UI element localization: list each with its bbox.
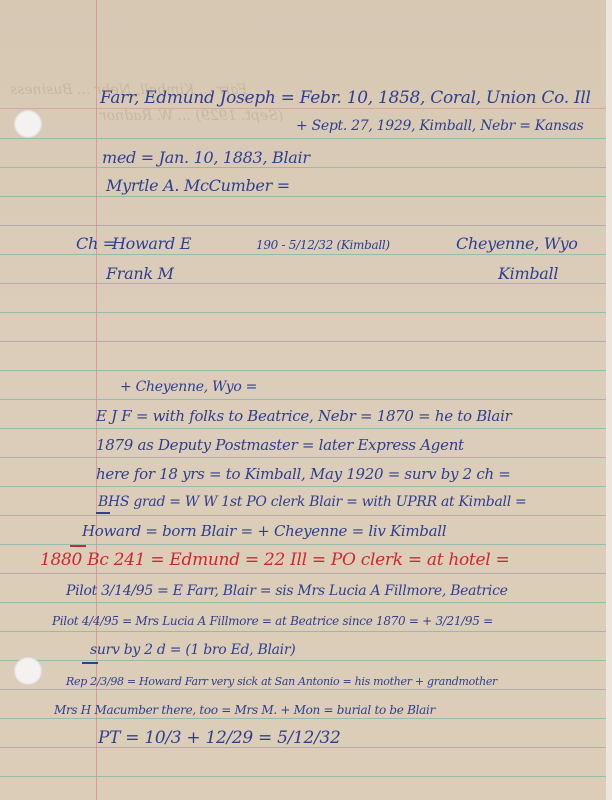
underline-mark: [70, 545, 86, 547]
bio-line: here for 18 yrs = to Kimball, May 1920 =…: [96, 465, 511, 483]
ruled-line: [0, 486, 606, 487]
child-name: Frank M: [106, 264, 174, 283]
ruled-line: [0, 515, 606, 516]
ruled-line: [0, 370, 606, 371]
ruled-line: [0, 167, 606, 168]
ruled-line: [0, 312, 606, 313]
ruled-line: [0, 225, 606, 226]
page-edge: [606, 0, 612, 800]
ruled-line: [0, 631, 606, 632]
census-line: 1880 Bc 241 = Edmund = 22 Ill = PO clerk…: [40, 550, 509, 570]
pilot-line: surv by 2 d = (1 bro Ed, Blair): [90, 642, 295, 658]
pilot-line: Pilot 4/4/95 = Mrs Lucia A Fillmore = at…: [52, 614, 493, 628]
notebook-page: Farr ... Kimball, Nebr ... Business (Sep…: [0, 0, 606, 800]
ruled-line: [0, 399, 606, 400]
ruled-line: [0, 196, 606, 197]
rep-line: Mrs H Macumber there, too = Mrs M. + Mon…: [54, 703, 435, 717]
spouse-line: Myrtle A. McCumber =: [106, 176, 290, 195]
ruled-line: [0, 689, 606, 690]
bio-line: BHS grad = W W 1st PO clerk Blair = with…: [98, 494, 526, 510]
rep-line: Rep 2/3/98 = Howard Farr very sick at Sa…: [66, 675, 497, 688]
insert-note: + Cheyenne, Wyo =: [120, 379, 257, 395]
child-place: Cheyenne, Wyo: [456, 234, 578, 253]
bleed-through-text: (Sept. 1929) ... W. Radnor: [100, 108, 283, 124]
ruled-line: [0, 776, 606, 777]
death-line: + Sept. 27, 1929, Kimball, Nebr = Kansas: [296, 118, 584, 134]
ruled-line: [0, 718, 606, 719]
bio-line: E J F = with folks to Beatrice, Nebr = 1…: [96, 407, 511, 425]
ruled-line: [0, 544, 606, 545]
ruled-line: [0, 254, 606, 255]
ruled-line: [0, 283, 606, 284]
name-birth-line: Farr, Edmund Joseph = Febr. 10, 1858, Co…: [100, 88, 591, 108]
child-place: Kimball: [498, 264, 558, 283]
header-rule: [0, 108, 606, 109]
ruled-line: [0, 138, 606, 139]
pt-line: PT = 10/3 + 12/29 = 5/12/32: [98, 728, 341, 748]
pilot-line: Pilot 3/14/95 = E Farr, Blair = sis Mrs …: [66, 583, 508, 599]
ruled-line: [0, 341, 606, 342]
ruled-line: [0, 602, 606, 603]
children-label: Ch =: [76, 234, 116, 253]
punch-hole: [14, 657, 42, 685]
married-line: med = Jan. 10, 1883, Blair: [102, 148, 310, 167]
ruled-line: [0, 457, 606, 458]
bio-line: 1879 as Deputy Postmaster = later Expres…: [96, 436, 464, 454]
child-name: Howard E: [112, 234, 191, 253]
underline-mark: [82, 662, 98, 664]
bio-line: Howard = born Blair = + Cheyenne = liv K…: [82, 522, 446, 540]
underline-mark: [96, 512, 110, 514]
ruled-line: [0, 660, 606, 661]
punch-hole: [14, 110, 42, 138]
ruled-line: [0, 573, 606, 574]
child-dates: 190 - 5/12/32 (Kimball): [256, 238, 390, 252]
ruled-line: [0, 428, 606, 429]
